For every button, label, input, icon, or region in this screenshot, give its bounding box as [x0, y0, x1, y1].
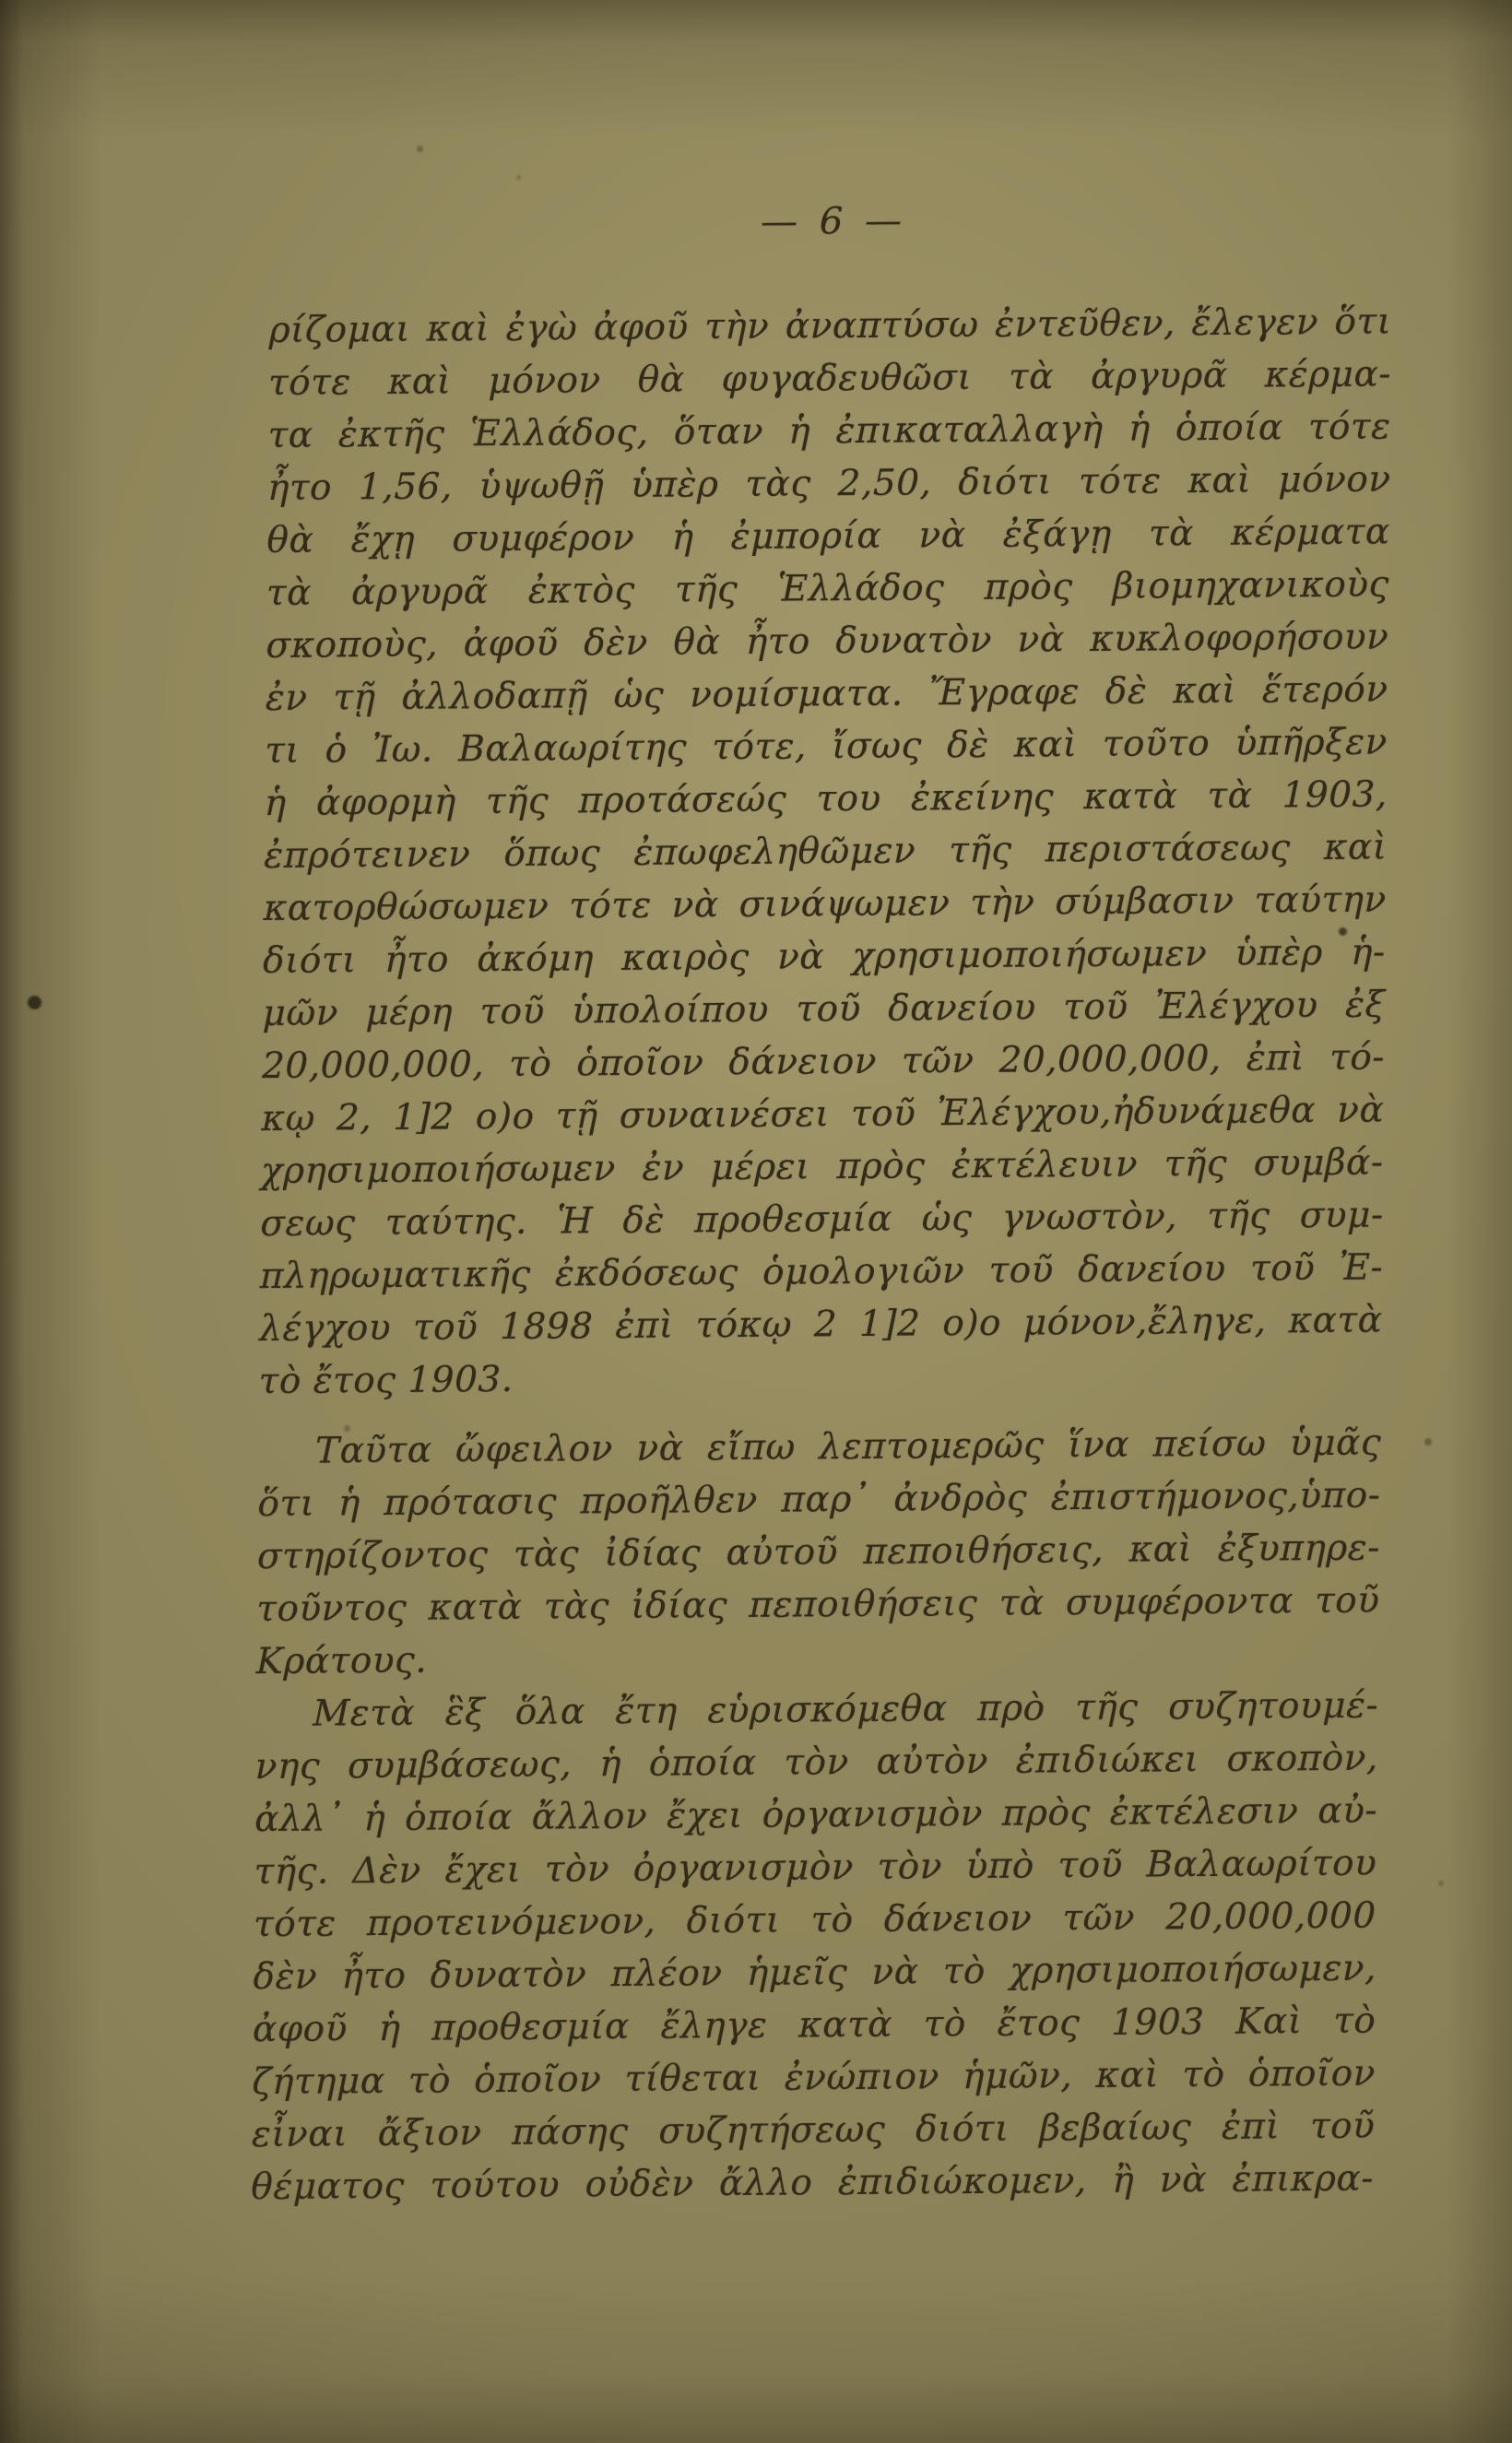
text-line: θέματος τούτου οὐδὲν ἄλλο ἐπιδιώκομεν, ἢ… [251, 2153, 1375, 2214]
text-line: τότε προτεινόμενον, διότι τὸ δάνειον τῶν… [254, 1890, 1377, 1952]
text-block: — 6 — ρίζομαι καὶ ἐγὼ ἀφοῦ τὴν ἀναπτύσω … [251, 295, 1392, 2213]
text-line: ἦτο 1,56, ὑψωθῇ ὑπὲρ τὰς 2,50, διότι τότ… [267, 453, 1391, 514]
text-line: δὲν ἦτο δυνατὸν πλέον ἡμεῖς νὰ τὸ χρησιμ… [253, 1942, 1376, 2004]
text-line: ὅτι ἡ πρότασις προῆλθεν παρ᾽ ἀνδρὸς ἐπισ… [257, 1469, 1381, 1531]
text-line: διότι ἦτο ἀκόμη καιρὸς νὰ χρησιμοποιήσωμ… [263, 926, 1387, 987]
text-line: Ταῦτα ὤφειλον νὰ εἴπω λεπτομερῶς ἵνα πεί… [258, 1417, 1382, 1479]
text-line: ἀφοῦ ἡ προθεσμία ἔληγε κατὰ τὸ ἔτος 1903… [253, 1995, 1376, 2057]
text-line: ζήτημα τὸ ὁποῖον τίθεται ἐνώπιον ἡμῶν, κ… [252, 2048, 1376, 2109]
text-line: κῳ 2, 1]2 ο)ο τῇ συναινέσει τοῦ Ἐλέγχου,… [261, 1083, 1385, 1145]
text-line: τὰ ἀργυρᾶ ἐκτὸς τῆς Ἑλλάδος πρὸς βιομηχα… [266, 558, 1390, 620]
paragraph: Ταῦτα ὤφειλον νὰ εἴπω λεπτομερῶς ἵνα πεί… [256, 1417, 1382, 1689]
text-line: σκοποὺς, ἀφοῦ δὲν θὰ ἦτο δυνατὸν νὰ κυκλ… [266, 610, 1389, 672]
text-line: ἐπρότεινεν ὅπως ἐπωφεληθῶμεν τῆς περιστά… [264, 820, 1388, 882]
text-line: θὰ ἔχῃ συμφέρον ἡ ἐμπορία νὰ ἐξάγῃ τὰ κέ… [266, 505, 1390, 567]
text-line: 20,000,000, τὸ ὁποῖον δάνειον τῶν 20,000… [262, 1031, 1386, 1092]
scanned-page: — 6 — ρίζομαι καὶ ἐγὼ ἀφοῦ τὴν ἀναπτύσω … [0, 0, 1512, 2443]
ink-blot [1424, 1438, 1432, 1446]
text-line: ἀλλ᾽ ἡ ὁποία ἄλλον ἔχει ὀργανισμὸν πρὸς … [254, 1785, 1378, 1847]
page-number: — 6 — [270, 195, 1393, 247]
text-line: λέγχου τοῦ 1898 ἐπὶ τόκῳ 2 1]2 ο)ο μόνον… [259, 1294, 1383, 1356]
text-line: τι ὁ Ἰω. Βαλαωρίτης τότε, ἴσως δὲ καὶ το… [265, 715, 1388, 777]
paragraph: ρίζομαι καὶ ἐγὼ ἀφοῦ τὴν ἀναπτύσω ἐντεῦθ… [259, 295, 1392, 1408]
text-line: στηρίζοντος τὰς ἰδίας αὐτοῦ πεποιθήσεις,… [257, 1522, 1381, 1584]
text-line: ἐν τῇ ἀλλοδαπῇ ὡς νομίσματα. Ἔγραφε δὲ κ… [266, 663, 1389, 725]
text-line: εἶναι ἄξιον πάσης συζητήσεως διότι βεβαί… [252, 2100, 1376, 2162]
text-line: νης συμβάσεως, ἡ ὁποία τὸν αὐτὸν ἐπιδιώκ… [254, 1732, 1378, 1794]
text-line: ρίζομαι καὶ ἐγὼ ἀφοῦ τὴν ἀναπτύσω ἐντεῦθ… [268, 295, 1392, 357]
text-line: χρησιμοποιήσωμεν ἐν μέρει πρὸς ἐκτέλευιν… [261, 1137, 1385, 1198]
ink-blot [1438, 1881, 1444, 1886]
text-line: τῆς. Δὲν ἔχει τὸν ὀργανισμὸν τὸν ὑπὸ τοῦ… [254, 1837, 1377, 1899]
text-line: σεως ταύτης. Ἡ δὲ προθεσμία ὡς γνωστὸν, … [260, 1189, 1384, 1251]
ink-blot [516, 175, 521, 180]
text-line: τα ἐκτῆς Ἑλλάδος, ὅταν ἡ ἐπικαταλλαγὴ ἡ … [267, 400, 1391, 462]
text-line: Κράτους. [256, 1627, 1380, 1689]
text-line: Μετὰ ἓξ ὅλα ἔτη εὑρισκόμεθα πρὸ τῆς συζη… [255, 1680, 1379, 1741]
text-line: ἡ ἀφορμὴ τῆς προτάσεώς του ἐκείνης κατὰ … [265, 768, 1388, 830]
ink-blot [28, 996, 41, 1009]
text-line: πληρωματικῆς ἐκδόσεως ὁμολογιῶν τοῦ δανε… [260, 1242, 1384, 1304]
text-line: τὸ ἔτος 1903. [259, 1347, 1383, 1409]
text-line: κατορθώσωμεν τότε νὰ σινάψωμεν τὴν σύμβα… [263, 873, 1387, 935]
text-line: τοῦντος κατὰ τὰς ἰδίας πεποιθήσεις τὰ συ… [256, 1575, 1380, 1636]
paragraph: Μετὰ ἓξ ὅλα ἔτη εὑρισκόμεθα πρὸ τῆς συζη… [251, 1680, 1378, 2214]
ink-blot [417, 146, 423, 152]
text-line: τότε καὶ μόνον θὰ φυγαδευθῶσι τὰ ἀργυρᾶ … [268, 348, 1392, 409]
text-line: μῶν μέρη τοῦ ὑπολοίπου τοῦ δανείου τοῦ Ἐ… [262, 978, 1386, 1040]
